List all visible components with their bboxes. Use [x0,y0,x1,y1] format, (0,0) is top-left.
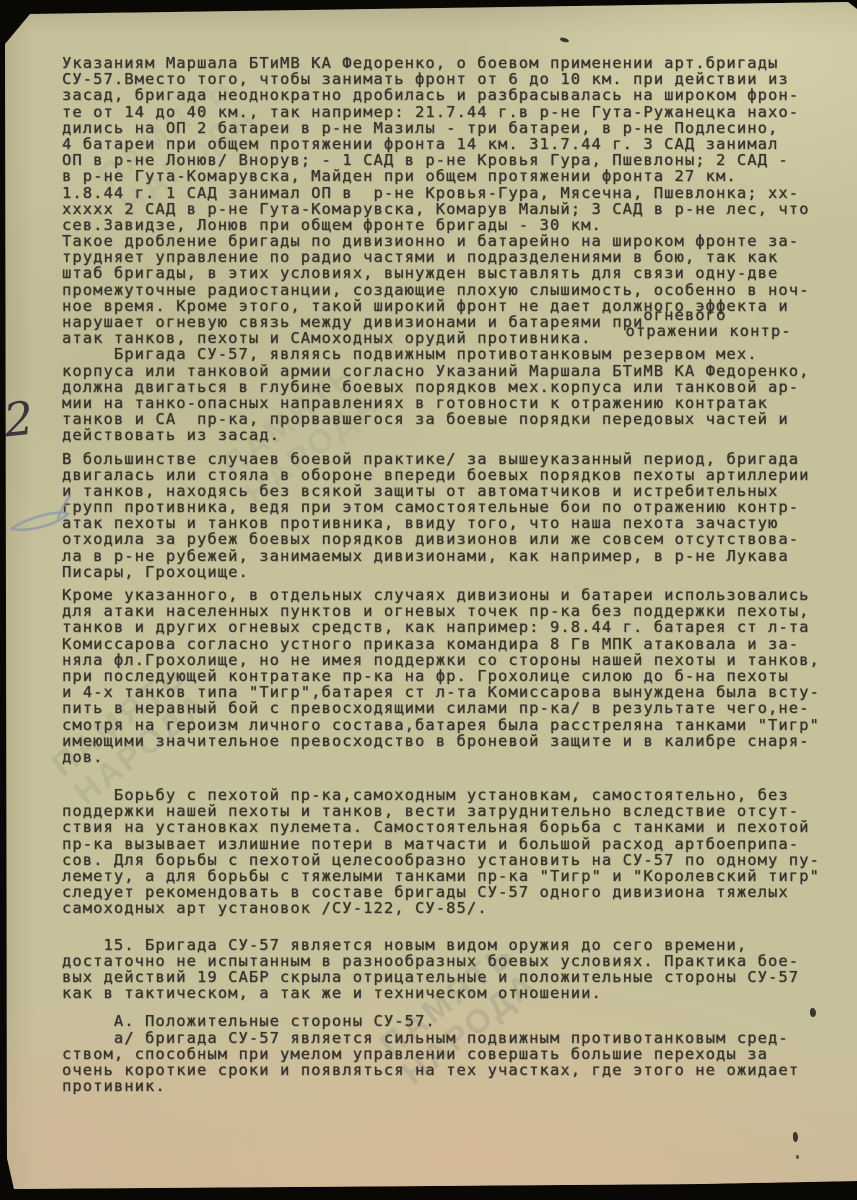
pencil-checkmark-icon [6,492,126,548]
text-line: и 4-х танков типа "Тигр",батарея ст л-та… [62,684,844,700]
text-line: те от 14 до 40 км., так например: 21.7.4… [62,104,844,120]
text-line: танков и других огневых средств, как нап… [62,619,844,635]
text-line: Комиссарова согласно устного приказа ком… [62,636,844,652]
text-line: ное время. Кроме этого, такой широкий фр… [62,298,844,314]
ink-speck [810,1008,816,1017]
text-line: имеющими значительное превосходство в бр… [62,733,844,749]
text-line: А. Положительные стороны СУ-57. [62,1013,844,1029]
text-line: и танков, находясь без всякой защиты от … [62,483,844,499]
document-body: Указаниям Маршала БТиМВ КА Федоренко, о … [62,55,844,1094]
text-line: В большинстве случаев боевой практике/ з… [62,451,844,467]
text-line: должна двигаться в глубине боевых порядк… [62,379,844,395]
paragraph: Борьбу с пехотой пр-ка,самоходным устано… [62,787,844,917]
text-line: самоходных арт установок /СУ-122, СУ-85/… [62,900,844,916]
text-line: пить в неравный бой с превосходящими сил… [62,700,844,716]
text-line: ххххх 2 САД в р-не Гута-Комарувска, Кома… [62,201,844,217]
text-line: а/ бригада СУ-57 является сильным подвиж… [62,1030,844,1046]
text-line: ством, способным при умелом управлении с… [62,1046,844,1062]
ink-speck [793,1132,798,1142]
text-line: Писары, Грохоцище. [62,564,844,580]
text-line: для атаки населенных пунктов и огневых т… [62,603,844,619]
text-line: засад, бригада неоднократно дробилась и … [62,87,844,103]
text-line: 15. Бригада СУ-57 является новым видом о… [62,937,844,953]
text-line: Указаниям Маршала БТиМВ КА Федоренко, о … [62,55,844,71]
text-line: дов. [62,749,844,765]
text-line: ОП в р-не Лонюв/ Внорув; - 1 САД в р-не … [62,152,844,168]
text-line: очень короткие сроки и появляться на тех… [62,1062,844,1078]
paragraph: Бригада СУ-57, являясь подвижным противо… [62,346,844,443]
text-line: 1.8.44 г. 1 САД занимал ОП в р-не Кровья… [62,185,844,201]
text-line: ла в р-не рубежей, занимаемых дивизионам… [62,548,844,564]
text-line: мии на танко-опасных направлениях в гото… [62,395,844,411]
text-line: действовать из засад. [62,427,844,443]
text-line: противник. [62,1078,844,1094]
text-line: Бригада СУ-57, являясь подвижным противо… [62,346,844,362]
text-line: достаточно не испытанным в разнообразных… [62,953,844,969]
text-line: корпуса или танковой армии согласно Указ… [62,363,844,379]
text-line: лемету, а для борьбы с тяжелыми танками … [62,868,844,884]
text-line: штаб бригады, в этих условиях, вынужден … [62,265,844,281]
ink-speck [796,1155,799,1159]
text-line: Кроме указанного, в отдельных случаях ди… [62,587,844,603]
text-line: Такое дробление бригады по дивизионно и … [62,233,844,249]
text-line: поддержки нашей пехоты и танков, вести з… [62,803,844,819]
handwritten-margin-number: 2 [1,391,36,448]
text-line: следует рекомендовать в составе бригады … [62,884,844,900]
text-line: атак танков, пехоты и САмоходных орудий … [62,330,844,346]
text-line: дились на ОП 2 батареи в р-не Мазилы - т… [62,120,844,136]
paragraph: А. Положительные стороны СУ-57. а/ брига… [62,1013,844,1094]
text-line: смотря на героизм личного состава,батаре… [62,717,844,733]
text-line: 4 батареи при общем протяжении фронта 14… [62,136,844,152]
paragraph: Указаниям Маршала БТиМВ КА Федоренко, о … [62,55,844,233]
paragraph: Кроме указанного, в отдельных случаях ди… [62,587,844,765]
text-line: при последующей контратаке пр-ка на фр. … [62,668,844,684]
text-line: танков и СА пр-ка, прорвавшегося за боев… [62,411,844,427]
text-line: промежуточные радиостанции, создающие пл… [62,282,844,298]
text-line: двигалась или стояла в обороне впереди б… [62,467,844,483]
text-line: групп противника, ведя при этом самостоя… [62,499,844,515]
text-line: трудняет управление по радио частями и п… [62,249,844,265]
paragraph: 15. Бригада СУ-57 является новым видом о… [62,937,844,1002]
text-line: в р-не Гута-Комарувска, Майден при общем… [62,168,844,184]
text-line: Борьбу с пехотой пр-ка,самоходным устано… [62,787,844,803]
text-line: пр-ка вызывает излишние потери в матчаст… [62,836,844,852]
paragraph: Такое дробление бригады по дивизионно и … [62,233,844,346]
text-line: сев.Завидзе, Лонюв при общем фронте бриг… [62,217,844,233]
paragraph: В большинстве случаев боевой практике/ з… [62,451,844,581]
text-line: вых действий 19 САБР скрыла отрицательны… [62,969,844,985]
text-line: СУ-57.Вместо того, чтобы занимать фронт … [62,71,844,87]
text-line: атак пехоты и танков противника, ввиду т… [62,515,844,531]
text-line: ствия на установках пулемета. Самостояте… [62,819,844,835]
text-line: отходила за рубеж боевых порядков дивизи… [62,531,844,547]
text-line: как в тактическом, а так же и техническо… [62,985,844,1001]
text-line: няла фл.Грохолище, но не имея поддержки … [62,652,844,668]
text-line: сов. Для борьбы с пехотой целесообразно … [62,852,844,868]
